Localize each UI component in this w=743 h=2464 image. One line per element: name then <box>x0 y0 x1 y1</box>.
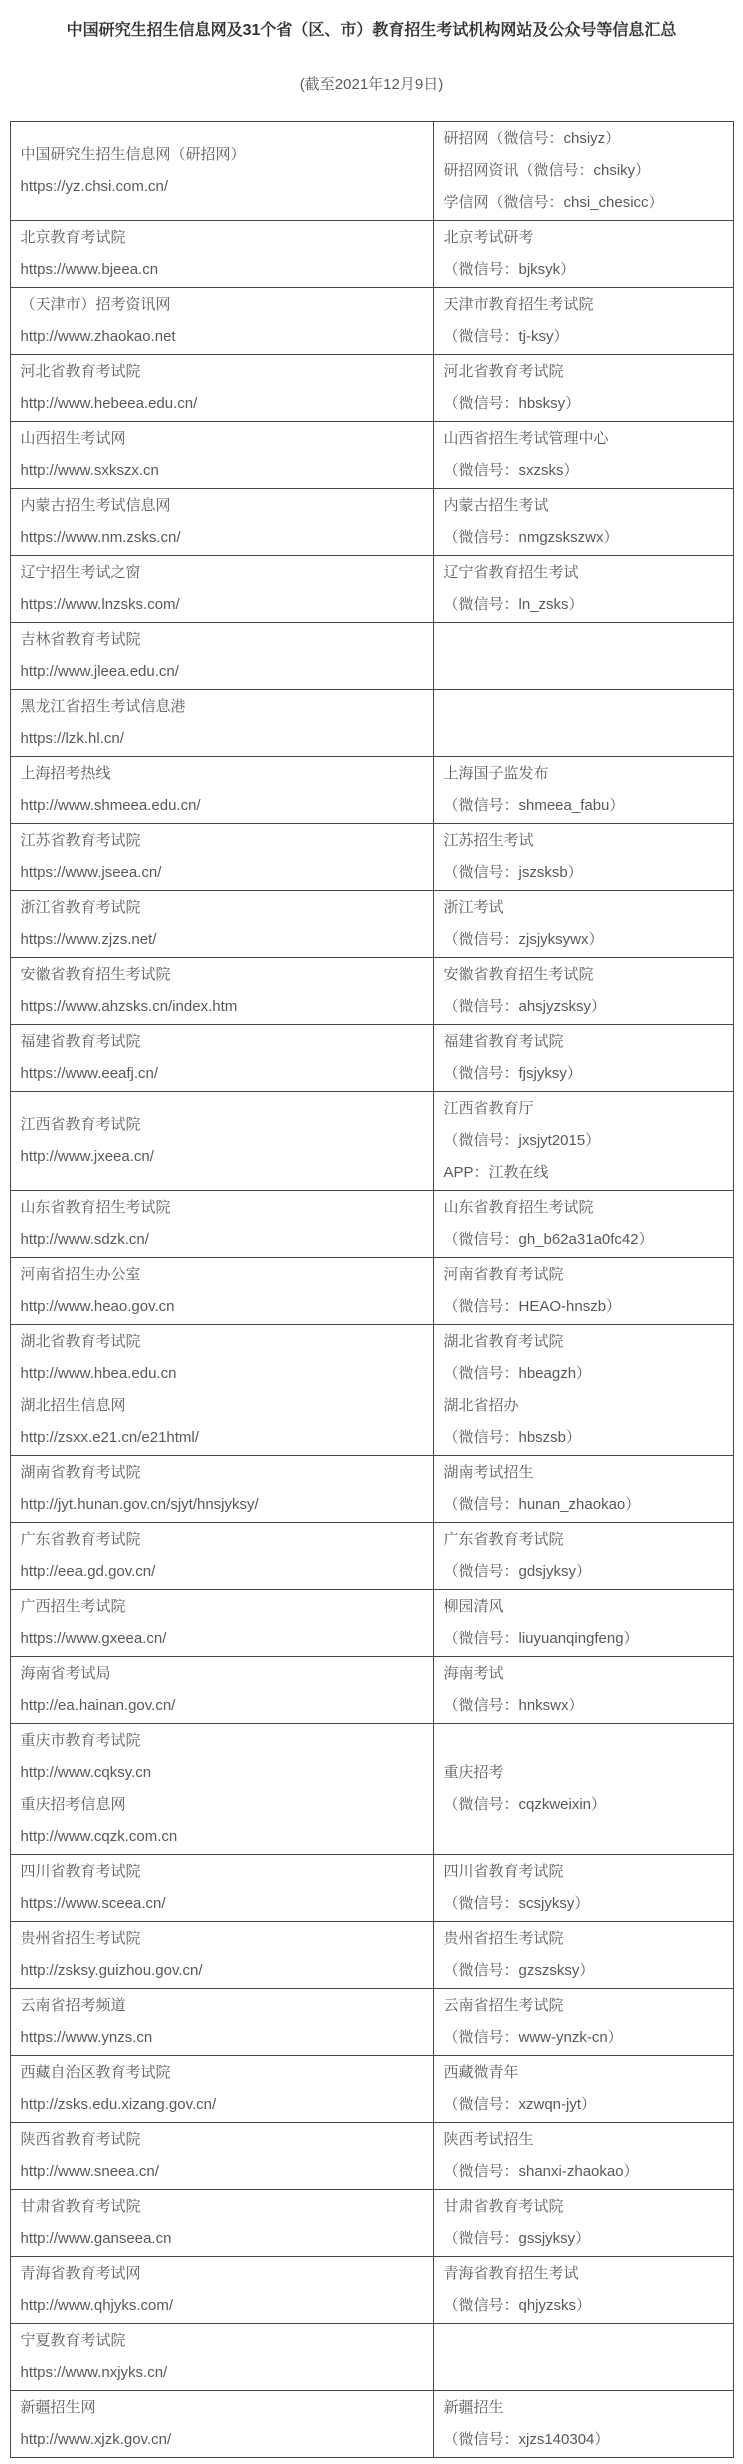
site-url: https://yz.chsi.com.cn/ <box>21 171 423 203</box>
table-row: 湖北省教育考试院http://www.hbea.edu.cn湖北招生信息网htt… <box>10 1325 733 1456</box>
site-cell: 湖南省教育考试院http://jyt.hunan.gov.cn/sjyt/hns… <box>10 1456 433 1523</box>
site-url: https://www.ahzsks.cn/index.htm <box>21 991 423 1023</box>
site-url: http://www.hebeea.edu.cn/ <box>21 388 423 420</box>
table-row: 贵州省招生考试院http://zsksy.guizhou.gov.cn/贵州省招… <box>10 1922 733 1989</box>
table-row: 重庆市教育考试院http://www.cqksy.cn重庆招考信息网http:/… <box>10 1724 733 1855</box>
table-row: 四川省教育考试院https://www.sceea.cn/四川省教育考试院（微信… <box>10 1855 733 1922</box>
site-cell: 陕西省教育考试院http://www.sneea.cn/ <box>10 2123 433 2190</box>
site-url: http://zsxx.e21.cn/e21html/ <box>21 1422 423 1454</box>
site-cell: 新疆招生网http://www.xjzk.gov.cn/ <box>10 2391 433 2458</box>
org-name: 浙江考试 <box>444 892 723 924</box>
org-name: 四川省教育考试院 <box>21 1856 423 1888</box>
wechat-cell: 河北省教育考试院（微信号：hbsksy） <box>433 355 733 422</box>
org-name: 甘肃省教育考试院 <box>21 2191 423 2223</box>
org-name: 内蒙古招生考试信息网 <box>21 490 423 522</box>
table-row: 广西招生考试院https://www.gxeea.cn/柳园清风（微信号：liu… <box>10 1590 733 1657</box>
wechat-cell: 江西省教育厅（微信号：jxsjyt2015）APP：江教在线 <box>433 1092 733 1191</box>
org-name: 湖北招生信息网 <box>21 1390 423 1422</box>
table-row: 河北省教育考试院http://www.hebeea.edu.cn/河北省教育考试… <box>10 355 733 422</box>
org-name: 江西省教育考试院 <box>21 1109 423 1141</box>
org-name: 辽宁招生考试之窗 <box>21 557 423 589</box>
wechat-cell: 重庆招考（微信号：cqzkweixin） <box>433 1724 733 1855</box>
wechat-cell: 研招网（微信号：chsiyz）研招网资讯（微信号：chsiky）学信网（微信号：… <box>433 122 733 221</box>
site-url: https://www.ynzs.cn <box>21 2022 423 2054</box>
table-row: 山东省教育招生考试院http://www.sdzk.cn/山东省教育招生考试院（… <box>10 1191 733 1258</box>
org-name: 新疆招生网 <box>21 2392 423 2424</box>
site-cell: 吉林省教育考试院http://www.jleea.edu.cn/ <box>10 623 433 690</box>
site-url: http://www.cqksy.cn <box>21 1757 423 1789</box>
org-name: 山西省招生考试管理中心 <box>444 423 723 455</box>
table-row: 江苏省教育考试院https://www.jseea.cn/江苏招生考试（微信号：… <box>10 824 733 891</box>
site-url: https://www.gxeea.cn/ <box>21 1623 423 1655</box>
org-name: （微信号：xzwqn-jyt） <box>444 2089 723 2121</box>
wechat-cell: 柳园清风（微信号：liuyuanqingfeng） <box>433 1590 733 1657</box>
wechat-cell: 安徽省教育招生考试院（微信号：ahsjyzsksy） <box>433 958 733 1025</box>
site-url: https://www.bjeea.cn <box>21 254 423 286</box>
org-name: （微信号：jszsksb） <box>444 857 723 889</box>
site-cell: 上海招考热线http://www.shmeea.edu.cn/ <box>10 757 433 824</box>
site-url: https://www.nxjyks.cn/ <box>21 2357 423 2389</box>
org-name: 湖北省教育考试院 <box>21 1326 423 1358</box>
wechat-cell: 辽宁省教育招生考试（微信号：ln_zsks） <box>433 556 733 623</box>
org-name: （天津市）招考资讯网 <box>21 289 423 321</box>
org-name: 海南省考试局 <box>21 1658 423 1690</box>
org-name: 西藏自治区教育考试院 <box>21 2057 423 2089</box>
org-name: 湖南考试招生 <box>444 1457 723 1489</box>
org-name: 云南省招生考试院 <box>444 1990 723 2022</box>
org-name: （微信号：gh_b62a31a0fc42） <box>444 1224 723 1256</box>
site-url: https://www.sceea.cn/ <box>21 1888 423 1920</box>
table-row: 山西招生考试网http://www.sxkszx.cn山西省招生考试管理中心（微… <box>10 422 733 489</box>
table-row: 江西省教育考试院http://www.jxeea.cn/江西省教育厅（微信号：j… <box>10 1092 733 1191</box>
wechat-cell: 河南省教育考试院（微信号：HEAO-hnszb） <box>433 1258 733 1325</box>
site-cell: 青海省教育考试网http://www.qhjyks.com/ <box>10 2257 433 2324</box>
wechat-cell: 山西省招生考试管理中心（微信号：sxzsks） <box>433 422 733 489</box>
org-name: （微信号：shanxi-zhaokao） <box>444 2156 723 2188</box>
site-cell: （天津市）招考资讯网http://www.zhaokao.net <box>10 288 433 355</box>
site-url: http://zsks.edu.xizang.gov.cn/ <box>21 2089 423 2121</box>
site-cell: 贵州省招生考试院http://zsksy.guizhou.gov.cn/ <box>10 1922 433 1989</box>
org-name: 重庆招考信息网 <box>21 1789 423 1821</box>
wechat-cell: 湖南考试招生（微信号：hunan_zhaokao） <box>433 1456 733 1523</box>
org-name: 重庆招考 <box>444 1757 723 1789</box>
org-name: 四川省教育考试院 <box>444 1856 723 1888</box>
org-name: 北京考试研考 <box>444 222 723 254</box>
site-url: http://www.qhjyks.com/ <box>21 2290 423 2322</box>
org-name: APP：江教在线 <box>444 1157 723 1189</box>
org-name: 青海省教育考试网 <box>21 2258 423 2290</box>
table-row: 上海招考热线http://www.shmeea.edu.cn/上海国子监发布（微… <box>10 757 733 824</box>
org-name: 河南省招生办公室 <box>21 1259 423 1291</box>
org-name: 安徽省教育招生考试院 <box>21 959 423 991</box>
site-cell: 黑龙江省招生考试信息港https://lzk.hl.cn/ <box>10 690 433 757</box>
wechat-cell: 浙江考试（微信号：zjsjyksywx） <box>433 891 733 958</box>
site-url: http://www.sdzk.cn/ <box>21 1224 423 1256</box>
table-row: 北京教育考试院https://www.bjeea.cn北京考试研考（微信号：bj… <box>10 221 733 288</box>
site-cell: 海南省考试局http://ea.hainan.gov.cn/ <box>10 1657 433 1724</box>
org-name: 贵州省招生考试院 <box>21 1923 423 1955</box>
table-row: 湖南省教育考试院http://jyt.hunan.gov.cn/sjyt/hns… <box>10 1456 733 1523</box>
wechat-cell: 四川省教育考试院（微信号：scsjyksy） <box>433 1855 733 1922</box>
wechat-cell: 陕西考试招生（微信号：shanxi-zhaokao） <box>433 2123 733 2190</box>
wechat-cell: 江苏招生考试（微信号：jszsksb） <box>433 824 733 891</box>
org-name: 浙江省教育考试院 <box>21 892 423 924</box>
site-url: http://www.shmeea.edu.cn/ <box>21 790 423 822</box>
org-name: 天津市教育招生考试院 <box>444 289 723 321</box>
org-name: （微信号：gdsjyksy） <box>444 1556 723 1588</box>
table-row: 海南省考试局http://ea.hainan.gov.cn/海南考试（微信号：h… <box>10 1657 733 1724</box>
info-table: 中国研究生招生信息网（研招网）https://yz.chsi.com.cn/研招… <box>10 121 734 2458</box>
org-name: 青海省教育招生考试 <box>444 2258 723 2290</box>
table-row: 西藏自治区教育考试院http://zsks.edu.xizang.gov.cn/… <box>10 2056 733 2123</box>
table-row: 中国研究生招生信息网（研招网）https://yz.chsi.com.cn/研招… <box>10 122 733 221</box>
org-name: 陕西考试招生 <box>444 2124 723 2156</box>
site-url: https://www.zjzs.net/ <box>21 924 423 956</box>
org-name: 江苏招生考试 <box>444 825 723 857</box>
org-name: 中国研究生招生信息网（研招网） <box>21 139 423 171</box>
wechat-cell: 青海省教育招生考试（微信号：qhjyzsks） <box>433 2257 733 2324</box>
org-name: 陕西省教育考试院 <box>21 2124 423 2156</box>
org-name: 云南省招考频道 <box>21 1990 423 2022</box>
org-name: 吉林省教育考试院 <box>21 624 423 656</box>
page-subtitle: (截至2021年12月9日) <box>0 76 743 94</box>
org-name: 山东省教育招生考试院 <box>21 1192 423 1224</box>
site-cell: 河南省招生办公室http://www.heao.gov.cn <box>10 1258 433 1325</box>
org-name: 福建省教育考试院 <box>21 1026 423 1058</box>
site-cell: 重庆市教育考试院http://www.cqksy.cn重庆招考信息网http:/… <box>10 1724 433 1855</box>
org-name: 学信网（微信号：chsi_chesicc） <box>444 187 723 219</box>
org-name: 贵州省招生考试院 <box>444 1923 723 1955</box>
org-name: （微信号：HEAO-hnszb） <box>444 1291 723 1323</box>
org-name: 安徽省教育招生考试院 <box>444 959 723 991</box>
wechat-cell: 湖北省教育考试院（微信号：hbeagzh）湖北省招办（微信号：hbszsb） <box>433 1325 733 1456</box>
site-cell: 广西招生考试院https://www.gxeea.cn/ <box>10 1590 433 1657</box>
wechat-cell <box>433 2324 733 2391</box>
org-name: 湖北省招办 <box>444 1390 723 1422</box>
site-url: http://ea.hainan.gov.cn/ <box>21 1690 423 1722</box>
site-cell: 中国研究生招生信息网（研招网）https://yz.chsi.com.cn/ <box>10 122 433 221</box>
site-url: https://www.jseea.cn/ <box>21 857 423 889</box>
org-name: 山西招生考试网 <box>21 423 423 455</box>
org-name: （微信号：xjzs140304） <box>444 2424 723 2456</box>
org-name: 上海招考热线 <box>21 758 423 790</box>
site-url: http://zsksy.guizhou.gov.cn/ <box>21 1955 423 1987</box>
site-cell: 山东省教育招生考试院http://www.sdzk.cn/ <box>10 1191 433 1258</box>
org-name: 广东省教育考试院 <box>21 1524 423 1556</box>
site-cell: 辽宁招生考试之窗https://www.lnzsks.com/ <box>10 556 433 623</box>
org-name: 江西省教育厅 <box>444 1093 723 1125</box>
site-url: http://www.jleea.edu.cn/ <box>21 656 423 688</box>
site-url: https://www.eeafj.cn/ <box>21 1058 423 1090</box>
wechat-cell <box>433 623 733 690</box>
table-body: 中国研究生招生信息网（研招网）https://yz.chsi.com.cn/研招… <box>10 122 733 2458</box>
org-name: 辽宁省教育招生考试 <box>444 557 723 589</box>
site-url: https://lzk.hl.cn/ <box>21 723 423 755</box>
org-name: 内蒙古招生考试 <box>444 490 723 522</box>
table-row: 浙江省教育考试院https://www.zjzs.net/浙江考试（微信号：zj… <box>10 891 733 958</box>
org-name: （微信号：fjsjyksy） <box>444 1058 723 1090</box>
site-cell: 安徽省教育招生考试院https://www.ahzsks.cn/index.ht… <box>10 958 433 1025</box>
org-name: 河北省教育考试院 <box>444 356 723 388</box>
org-name: （微信号：qhjyzsks） <box>444 2290 723 2322</box>
org-name: 湖北省教育考试院 <box>444 1326 723 1358</box>
org-name: （微信号：zjsjyksywx） <box>444 924 723 956</box>
site-url: http://www.sxkszx.cn <box>21 455 423 487</box>
site-cell: 云南省招考频道https://www.ynzs.cn <box>10 1989 433 2056</box>
site-cell: 江苏省教育考试院https://www.jseea.cn/ <box>10 824 433 891</box>
org-name: 海南考试 <box>444 1658 723 1690</box>
site-cell: 宁夏教育考试院https://www.nxjyks.cn/ <box>10 2324 433 2391</box>
org-name: 山东省教育招生考试院 <box>444 1192 723 1224</box>
site-cell: 湖北省教育考试院http://www.hbea.edu.cn湖北招生信息网htt… <box>10 1325 433 1456</box>
org-name: （微信号：gssjyksy） <box>444 2223 723 2255</box>
site-url: http://eea.gd.gov.cn/ <box>21 1556 423 1588</box>
table-row: 黑龙江省招生考试信息港https://lzk.hl.cn/ <box>10 690 733 757</box>
org-name: 柳园清风 <box>444 1591 723 1623</box>
table-row: 辽宁招生考试之窗https://www.lnzsks.com/辽宁省教育招生考试… <box>10 556 733 623</box>
site-url: http://www.sneea.cn/ <box>21 2156 423 2188</box>
site-cell: 福建省教育考试院https://www.eeafj.cn/ <box>10 1025 433 1092</box>
wechat-cell: 云南省招生考试院（微信号：www-ynzk-cn） <box>433 1989 733 2056</box>
org-name: （微信号：hbsksy） <box>444 388 723 420</box>
org-name: 广西招生考试院 <box>21 1591 423 1623</box>
table-row: 陕西省教育考试院http://www.sneea.cn/陕西考试招生（微信号：s… <box>10 2123 733 2190</box>
page-title: 中国研究生招生信息网及31个省（区、市）教育招生考试机构网站及公众号等信息汇总 <box>0 0 743 41</box>
org-name: 宁夏教育考试院 <box>21 2325 423 2357</box>
table-row: 安徽省教育招生考试院https://www.ahzsks.cn/index.ht… <box>10 958 733 1025</box>
wechat-cell: 海南考试（微信号：hnkswx） <box>433 1657 733 1724</box>
org-name: 研招网（微信号：chsiyz） <box>444 123 723 155</box>
wechat-cell: 福建省教育考试院（微信号：fjsjyksy） <box>433 1025 733 1092</box>
site-url: http://www.xjzk.gov.cn/ <box>21 2424 423 2456</box>
org-name: （微信号：cqzkweixin） <box>444 1789 723 1821</box>
org-name: 北京教育考试院 <box>21 222 423 254</box>
table-row: 内蒙古招生考试信息网https://www.nm.zsks.cn/内蒙古招生考试… <box>10 489 733 556</box>
site-url: http://www.heao.gov.cn <box>21 1291 423 1323</box>
site-cell: 江西省教育考试院http://www.jxeea.cn/ <box>10 1092 433 1191</box>
org-name: （微信号：ahsjyzsksy） <box>444 991 723 1023</box>
site-url: http://www.zhaokao.net <box>21 321 423 353</box>
table-row: 新疆招生网http://www.xjzk.gov.cn/新疆招生（微信号：xjz… <box>10 2391 733 2458</box>
org-name: （微信号：gzszsksy） <box>444 1955 723 1987</box>
site-cell: 浙江省教育考试院https://www.zjzs.net/ <box>10 891 433 958</box>
site-url: http://jyt.hunan.gov.cn/sjyt/hnsjyksy/ <box>21 1489 423 1521</box>
org-name: （微信号：shmeea_fabu） <box>444 790 723 822</box>
org-name: 研招网资讯（微信号：chsiky） <box>444 155 723 187</box>
wechat-cell: 广东省教育考试院（微信号：gdsjyksy） <box>433 1523 733 1590</box>
org-name: （微信号：hunan_zhaokao） <box>444 1489 723 1521</box>
site-cell: 甘肃省教育考试院http://www.ganseea.cn <box>10 2190 433 2257</box>
org-name: 河北省教育考试院 <box>21 356 423 388</box>
org-name: 甘肃省教育考试院 <box>444 2191 723 2223</box>
wechat-cell: 北京考试研考（微信号：bjksyk） <box>433 221 733 288</box>
table-row: 云南省招考频道https://www.ynzs.cn云南省招生考试院（微信号：w… <box>10 1989 733 2056</box>
site-url: https://www.lnzsks.com/ <box>21 589 423 621</box>
table-row: （天津市）招考资讯网http://www.zhaokao.net天津市教育招生考… <box>10 288 733 355</box>
org-name: （微信号：tj-ksy） <box>444 321 723 353</box>
wechat-cell: 山东省教育招生考试院（微信号：gh_b62a31a0fc42） <box>433 1191 733 1258</box>
site-url: http://www.ganseea.cn <box>21 2223 423 2255</box>
site-url: http://www.hbea.edu.cn <box>21 1358 423 1390</box>
org-name: （微信号：hbszsb） <box>444 1422 723 1454</box>
wechat-cell: 内蒙古招生考试（微信号：nmgzskszwx） <box>433 489 733 556</box>
org-name: 重庆市教育考试院 <box>21 1725 423 1757</box>
table-row: 宁夏教育考试院https://www.nxjyks.cn/ <box>10 2324 733 2391</box>
table-row: 广东省教育考试院http://eea.gd.gov.cn/广东省教育考试院（微信… <box>10 1523 733 1590</box>
site-cell: 西藏自治区教育考试院http://zsks.edu.xizang.gov.cn/ <box>10 2056 433 2123</box>
org-name: 湖南省教育考试院 <box>21 1457 423 1489</box>
org-name: 上海国子监发布 <box>444 758 723 790</box>
org-name: 黑龙江省招生考试信息港 <box>21 691 423 723</box>
org-name: 广东省教育考试院 <box>444 1524 723 1556</box>
org-name: （微信号：bjksyk） <box>444 254 723 286</box>
org-name: （微信号：hbeagzh） <box>444 1358 723 1390</box>
table-row: 吉林省教育考试院http://www.jleea.edu.cn/ <box>10 623 733 690</box>
wechat-cell <box>433 690 733 757</box>
wechat-cell: 上海国子监发布（微信号：shmeea_fabu） <box>433 757 733 824</box>
site-cell: 内蒙古招生考试信息网https://www.nm.zsks.cn/ <box>10 489 433 556</box>
wechat-cell: 甘肃省教育考试院（微信号：gssjyksy） <box>433 2190 733 2257</box>
site-url: https://www.nm.zsks.cn/ <box>21 522 423 554</box>
org-name: 江苏省教育考试院 <box>21 825 423 857</box>
org-name: （微信号：scsjyksy） <box>444 1888 723 1920</box>
org-name: 河南省教育考试院 <box>444 1259 723 1291</box>
org-name: 新疆招生 <box>444 2392 723 2424</box>
site-url: http://www.cqzk.com.cn <box>21 1821 423 1853</box>
table-row: 福建省教育考试院https://www.eeafj.cn/福建省教育考试院（微信… <box>10 1025 733 1092</box>
wechat-cell: 西藏微青年（微信号：xzwqn-jyt） <box>433 2056 733 2123</box>
org-name: （微信号：liuyuanqingfeng） <box>444 1623 723 1655</box>
table-row: 甘肃省教育考试院http://www.ganseea.cn甘肃省教育考试院（微信… <box>10 2190 733 2257</box>
wechat-cell: 新疆招生（微信号：xjzs140304） <box>433 2391 733 2458</box>
wechat-cell: 天津市教育招生考试院（微信号：tj-ksy） <box>433 288 733 355</box>
org-name: （微信号：jxsjyt2015） <box>444 1125 723 1157</box>
org-name: （微信号：www-ynzk-cn） <box>444 2022 723 2054</box>
org-name: 西藏微青年 <box>444 2057 723 2089</box>
org-name: （微信号：hnkswx） <box>444 1690 723 1722</box>
org-name: （微信号：ln_zsks） <box>444 589 723 621</box>
site-cell: 河北省教育考试院http://www.hebeea.edu.cn/ <box>10 355 433 422</box>
site-cell: 北京教育考试院https://www.bjeea.cn <box>10 221 433 288</box>
wechat-cell: 贵州省招生考试院（微信号：gzszsksy） <box>433 1922 733 1989</box>
site-url: http://www.jxeea.cn/ <box>21 1141 423 1173</box>
table-row: 河南省招生办公室http://www.heao.gov.cn河南省教育考试院（微… <box>10 1258 733 1325</box>
page: 中国研究生招生信息网及31个省（区、市）教育招生考试机构网站及公众号等信息汇总 … <box>0 0 743 2458</box>
org-name: 福建省教育考试院 <box>444 1026 723 1058</box>
org-name: （微信号：nmgzskszwx） <box>444 522 723 554</box>
site-cell: 广东省教育考试院http://eea.gd.gov.cn/ <box>10 1523 433 1590</box>
site-cell: 山西招生考试网http://www.sxkszx.cn <box>10 422 433 489</box>
table-row: 青海省教育考试网http://www.qhjyks.com/青海省教育招生考试（… <box>10 2257 733 2324</box>
org-name: （微信号：sxzsks） <box>444 455 723 487</box>
site-cell: 四川省教育考试院https://www.sceea.cn/ <box>10 1855 433 1922</box>
